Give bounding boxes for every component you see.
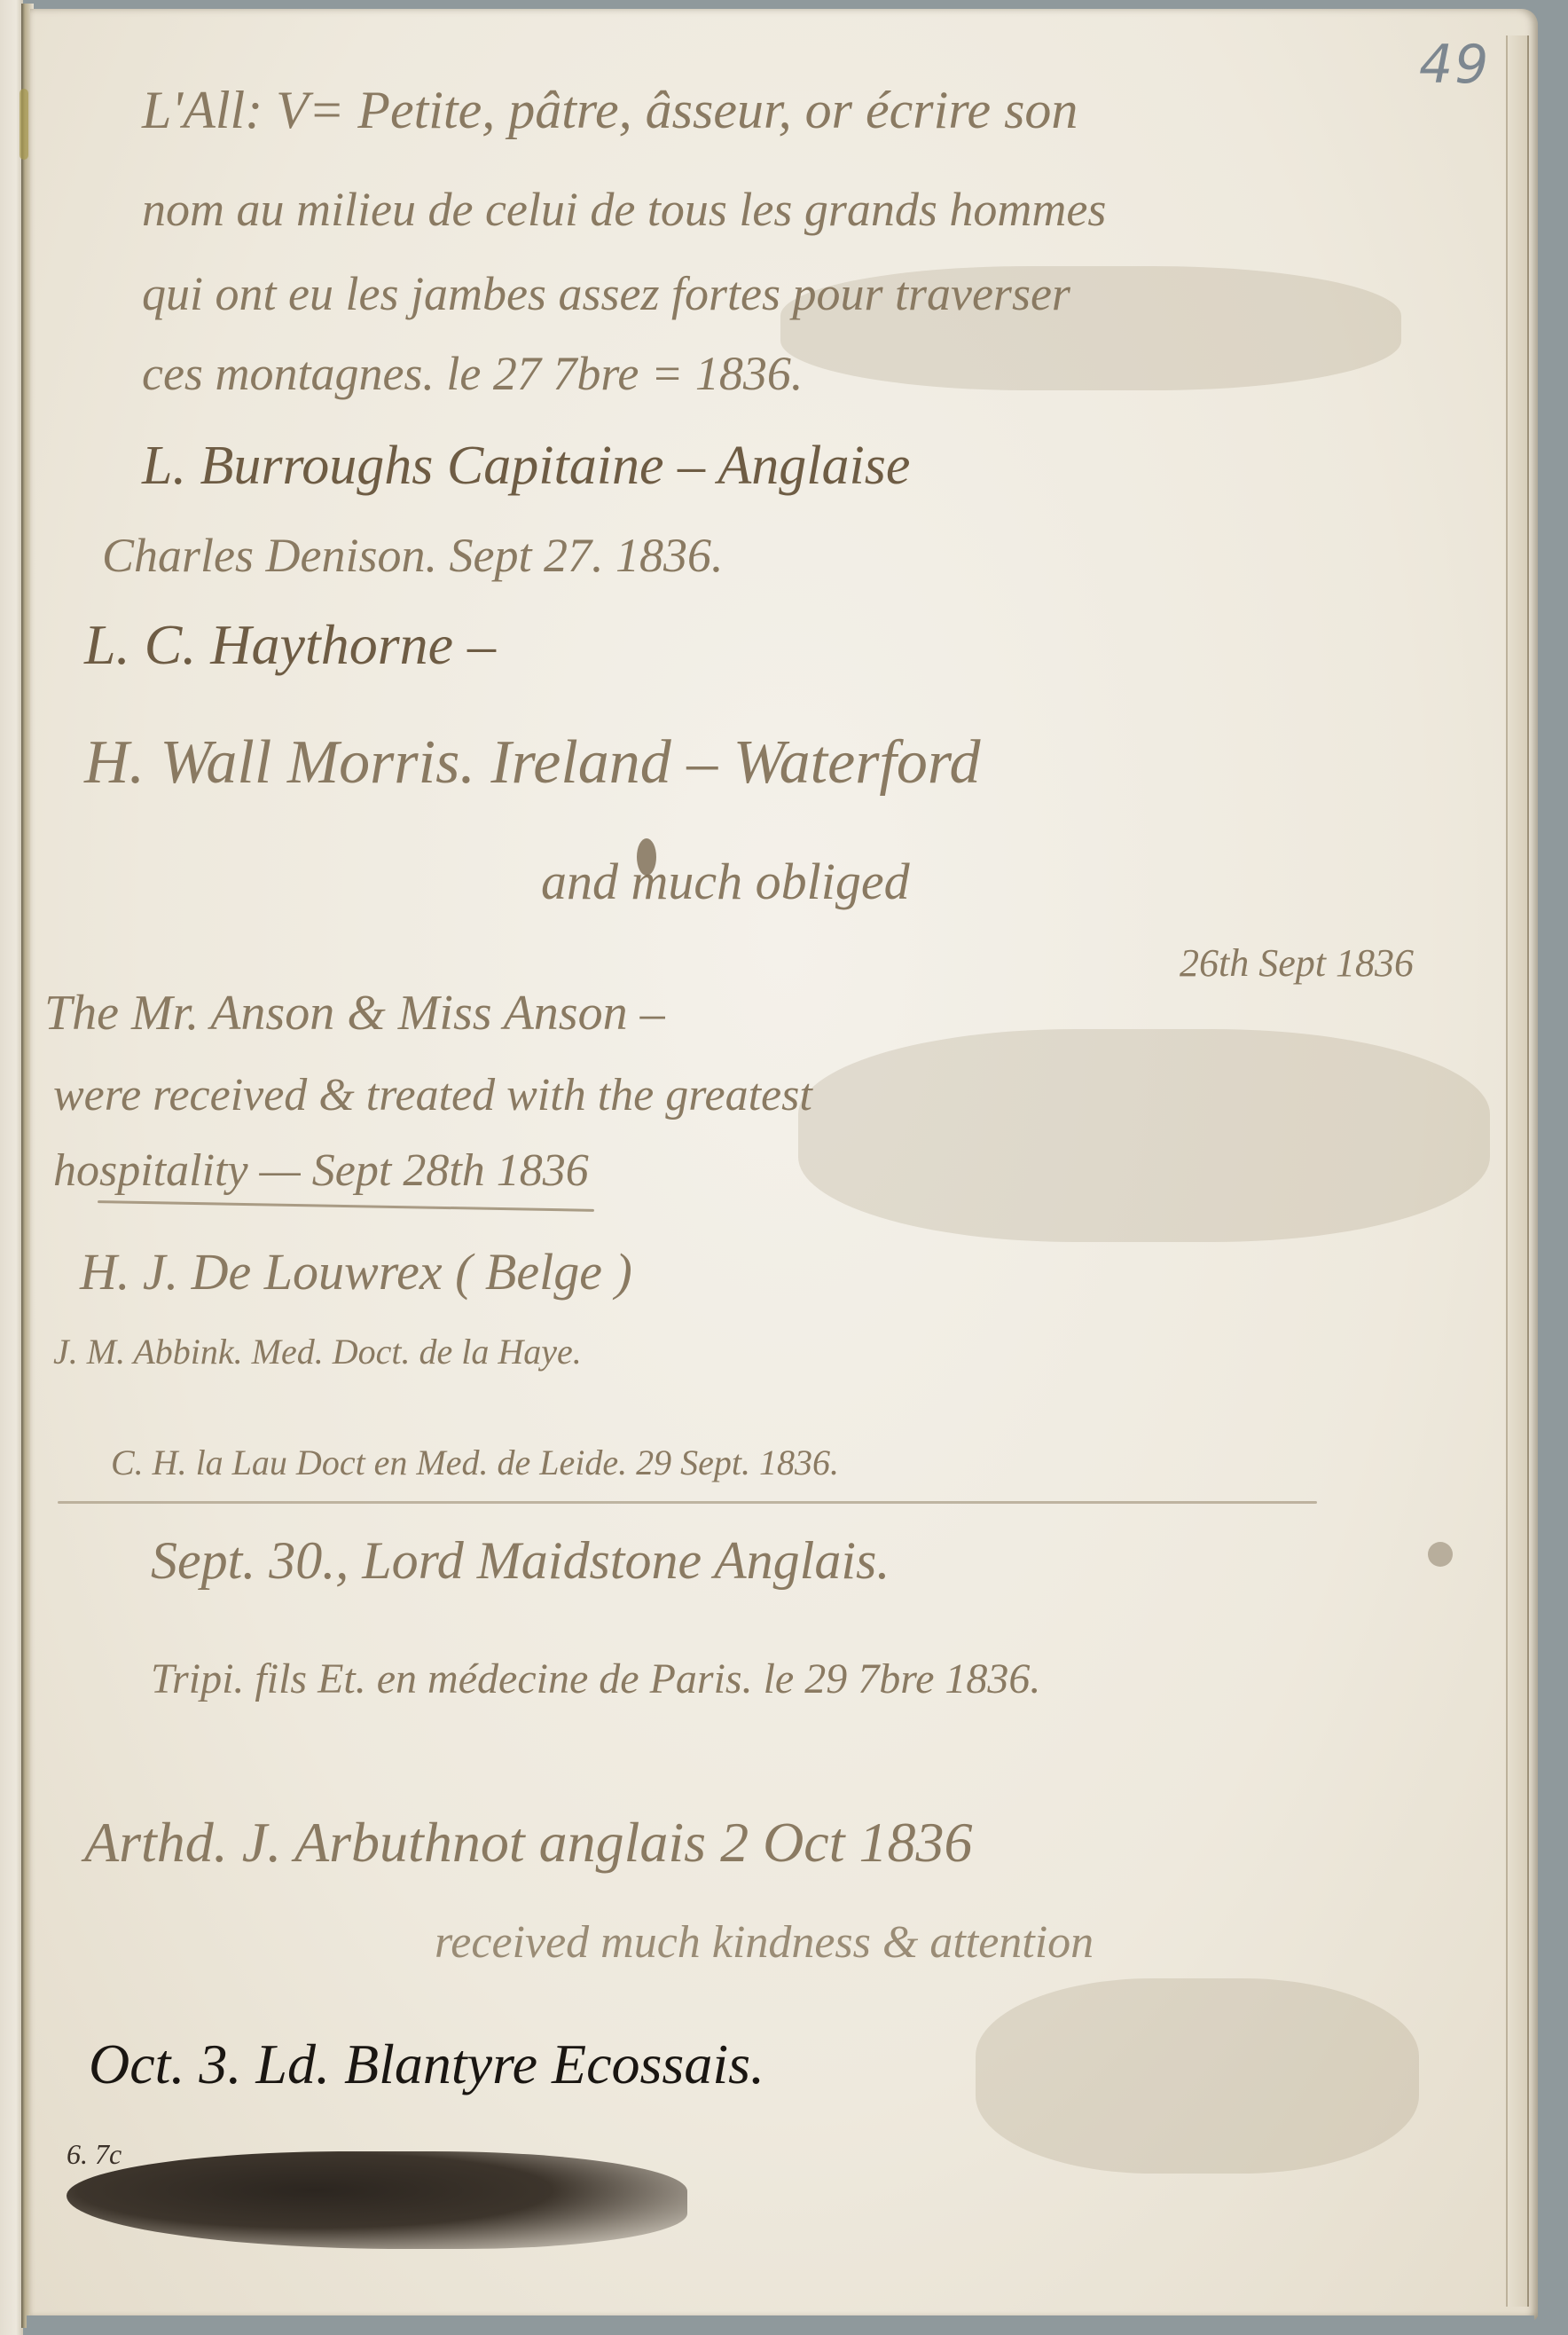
- entry-anson-line-2: were received & treated with the greates…: [53, 1069, 812, 1121]
- entry-arbuthnot-line-1: Arthd. J. Arbuthnot anglais 2 Oct 1836: [84, 1810, 972, 1875]
- entry-arbuthnot-line-2: received much kindness & attention: [435, 1916, 1094, 1969]
- entry-morris-line-2: and much obliged: [541, 852, 910, 911]
- entry-abbink: J. M. Abbink. Med. Doct. de la Haye.: [53, 1331, 582, 1372]
- gutter-stain: [20, 89, 28, 160]
- entry-de-louwrex: H. J. De Louwrex ( Belge ): [80, 1242, 632, 1301]
- facing-page-edge: [0, 0, 23, 2335]
- page-bottom-background: [27, 2315, 1534, 2335]
- entry-1-line-1: L'All: V= Petite, pâtre, âsseur, or écri…: [142, 80, 1078, 141]
- ink-bleed: [798, 1029, 1490, 1242]
- ink-bleed: [976, 1978, 1419, 2174]
- entry-maidstone: Sept. 30., Lord Maidstone Anglais.: [151, 1530, 890, 1592]
- entry-denison: Charles Denison. Sept 27. 1836.: [102, 528, 723, 583]
- folio-number: 49: [1419, 34, 1490, 96]
- page-stack-edge: [1506, 35, 1529, 2307]
- ink-spot: [637, 838, 656, 876]
- entry-morris-line-1: H. Wall Morris. Ireland – Waterford: [84, 727, 981, 798]
- entry-tripi: Tripi. fils Et. en médecine de Paris. le…: [151, 1655, 1040, 1703]
- entry-la-lau: C. H. la Lau Doct en Med. de Leide. 29 S…: [111, 1442, 839, 1483]
- entry-1-line-2: nom au milieu de celui de tous les grand…: [142, 182, 1106, 237]
- entry-1-line-4: ces montagnes. le 27 7bre = 1836.: [142, 346, 803, 401]
- entry-morris-date: 26th Sept 1836: [1180, 940, 1414, 986]
- entry-burroughs: L. Burroughs Capitaine – Anglaise: [142, 435, 910, 498]
- entry-anson-line-3: hospitality — Sept 28th 1836: [53, 1144, 589, 1197]
- entry-haythorne: L. C. Haythorne –: [84, 612, 496, 678]
- entry-blantyre: Oct. 3. Ld. Blantyre Ecossais.: [89, 2032, 764, 2097]
- entry-anson-line-1: The Mr. Anson & Miss Anson –: [44, 985, 665, 1042]
- separator-rule: [58, 1501, 1317, 1504]
- blotted-text: 6. 7c: [67, 2138, 122, 2171]
- entry-1-line-3: qui ont eu les jambes assez fortes pour …: [142, 266, 1070, 321]
- ink-spot: [1428, 1542, 1453, 1567]
